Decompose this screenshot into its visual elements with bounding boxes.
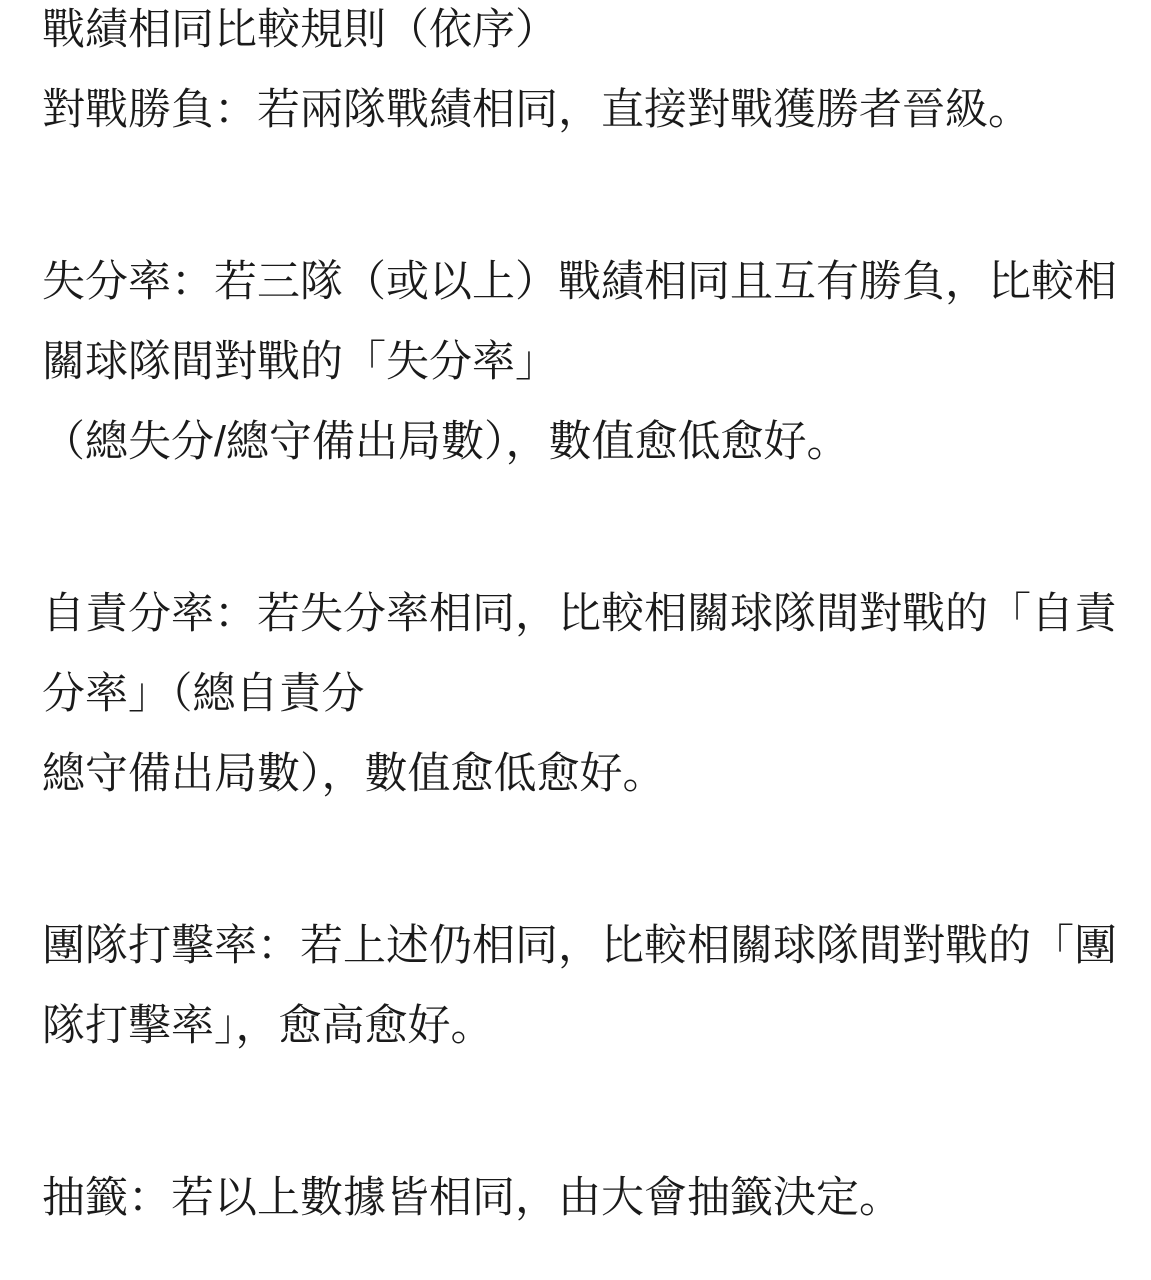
rule-text-line: 對戰勝負：若兩隊戰績相同，直接對戰獲勝者晉級。 [42, 70, 1131, 150]
rule-text-line: 抽籤：若以上數據皆相同，由大會抽籤決定。 [42, 1158, 1131, 1238]
rule-text-line: 關球隊間對戰的「失分率」 [42, 322, 1131, 402]
page-background: { "page": { "background": "#ffffff", "te… [0, 0, 1151, 1280]
rule-text-line: 總守備出局數），數值愈低愈好。 [42, 734, 1131, 814]
rule-head-to-head-result: 對戰勝負：若兩隊戰績相同，直接對戰獲勝者晉級。 [42, 70, 1131, 150]
rule-team-batting-average: 團隊打擊率：若上述仍相同，比較相關球隊間對戰的「團 隊打擊率」，愈高愈好。 [42, 906, 1131, 1066]
rule-earned-run-rate: 自責分率：若失分率相同，比較相關球隊間對戰的「自責 分率」（總自責分 總守備出局… [42, 574, 1131, 814]
rule-text-line: 失分率：若三隊（或以上）戰績相同且互有勝負，比較相 [42, 242, 1131, 322]
rule-text-line: 團隊打擊率：若上述仍相同，比較相關球隊間對戰的「團 [42, 906, 1131, 986]
rule-text-line: （總失分/總守備出局數），數值愈低愈好。 [42, 402, 1131, 482]
rule-text-line: 分率」（總自責分 [42, 654, 1131, 734]
rule-text-line: 自責分率：若失分率相同，比較相關球隊間對戰的「自責 [42, 574, 1131, 654]
rule-runs-allowed-rate: 失分率：若三隊（或以上）戰績相同且互有勝負，比較相 關球隊間對戰的「失分率」 （… [42, 242, 1131, 482]
rule-text-line: 隊打擊率」，愈高愈好。 [42, 986, 1131, 1066]
rules-document: 戰績相同比較規則（依序） 對戰勝負：若兩隊戰績相同，直接對戰獲勝者晉級。 失分率… [0, 0, 1151, 1238]
page-title: 戰績相同比較規則（依序） [42, 0, 1131, 70]
rule-draw-lots: 抽籤：若以上數據皆相同，由大會抽籤決定。 [42, 1158, 1131, 1238]
